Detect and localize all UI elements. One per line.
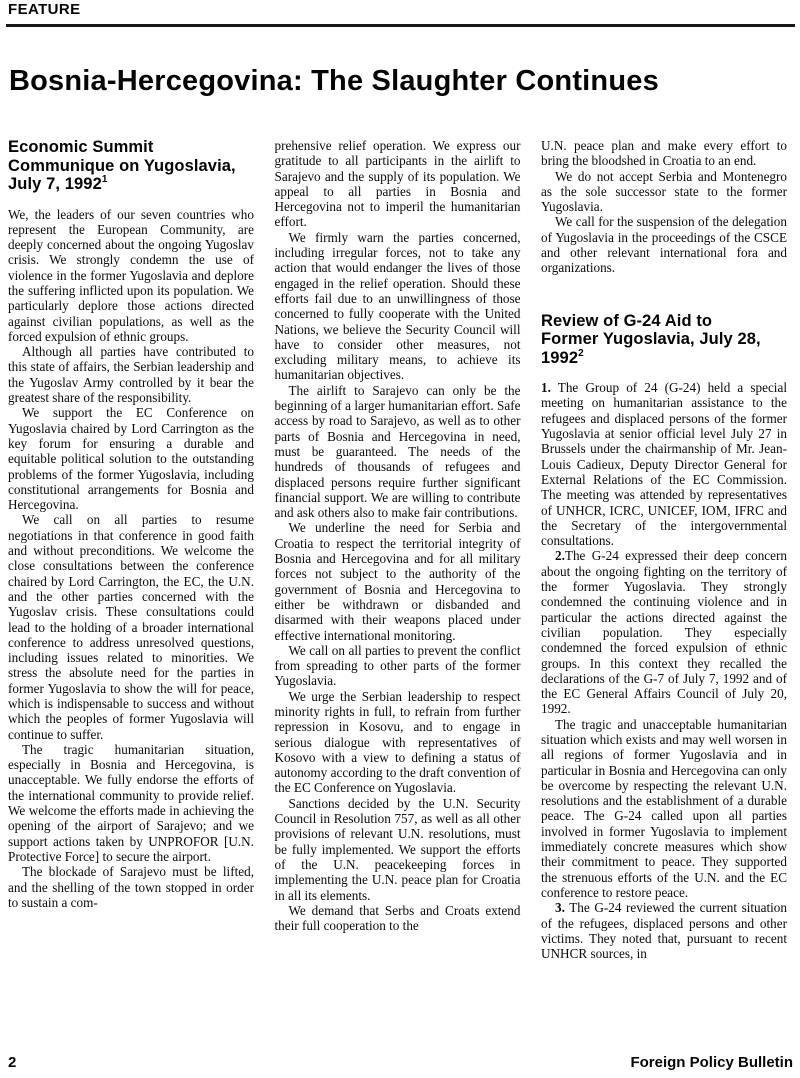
section-heading-line: Communique on Yugoslavia,: [8, 157, 254, 176]
body-paragraph: We, the leaders of our seven countries w…: [8, 207, 254, 345]
page-footer: 2 Foreign Policy Bulletin: [8, 1054, 793, 1071]
body-paragraph: 1. The Group of 24 (G-24) held a special…: [541, 380, 787, 548]
body-paragraph: We support the EC Conference on Yugoslav…: [8, 405, 254, 512]
section-heading: Economic SummitCommunique on Yugoslavia,…: [8, 138, 254, 194]
article-title: Bosnia-Hercegovina: The Slaughter Contin…: [9, 64, 659, 98]
body-paragraph: We underline the need for Serbia and Cro…: [275, 520, 521, 642]
body-paragraph: We do not accept Serbia and Montenegro a…: [541, 169, 787, 215]
section-heading: Review of G-24 Aid toFormer Yugoslavia, …: [541, 312, 787, 368]
feature-kicker: FEATURE: [8, 1, 81, 18]
body-paragraph: We firmly warn the parties concerned, in…: [275, 230, 521, 383]
text-column-3: U.N. peace plan and make every effort to…: [541, 138, 787, 1036]
article-columns: Economic SummitCommunique on Yugoslavia,…: [8, 138, 787, 1036]
publication-name: Foreign Policy Bulletin: [630, 1054, 793, 1071]
body-paragraph: Although all parties have contributed to…: [8, 344, 254, 405]
text-column-1: Economic SummitCommunique on Yugoslavia,…: [8, 138, 254, 1036]
section-heading-line: 19922: [541, 349, 787, 368]
body-paragraph: U.N. peace plan and make every effort to…: [541, 138, 787, 169]
body-paragraph: The tragic humanitarian situation, espec…: [8, 742, 254, 864]
body-paragraph: We call on all parties to resume negotia…: [8, 512, 254, 741]
footnote-marker: 2: [578, 348, 584, 359]
paragraph-number: 1.: [541, 380, 551, 395]
body-paragraph: prehensive relief operation. We express …: [275, 138, 521, 230]
section-heading-line: Former Yugoslavia, July 28,: [541, 330, 787, 349]
paragraph-number: 3.: [555, 900, 565, 915]
text-column-2: prehensive relief operation. We express …: [275, 138, 521, 1036]
page-number: 2: [8, 1054, 16, 1071]
body-paragraph: We urge the Serbian leadership to respec…: [275, 689, 521, 796]
paragraph-number: 2.: [555, 548, 565, 563]
body-paragraph: Sanctions decided by the U.N. Security C…: [275, 796, 521, 903]
section-heading-line: July 7, 19921: [8, 175, 254, 194]
body-paragraph: The airlift to Sarajevo can only be the …: [275, 383, 521, 521]
body-paragraph: The tragic and unacceptable humanitarian…: [541, 717, 787, 901]
body-paragraph: We demand that Serbs and Croats extend t…: [275, 903, 521, 934]
body-paragraph: 2.The G-24 expressed their deep concern …: [541, 548, 787, 716]
body-paragraph: We call on all parties to prevent the co…: [275, 643, 521, 689]
body-paragraph: 3. The G-24 reviewed the current situati…: [541, 900, 787, 961]
header-rule: [6, 24, 795, 27]
body-paragraph: We call for the suspension of the delega…: [541, 214, 787, 275]
section-heading-line: Economic Summit: [8, 138, 254, 157]
document-page: FEATURE Bosnia-Hercegovina: The Slaughte…: [0, 0, 800, 1078]
footnote-marker: 1: [102, 174, 108, 185]
section-heading-line: Review of G-24 Aid to: [541, 312, 787, 331]
body-paragraph: The blockade of Sarajevo must be lifted,…: [8, 864, 254, 910]
